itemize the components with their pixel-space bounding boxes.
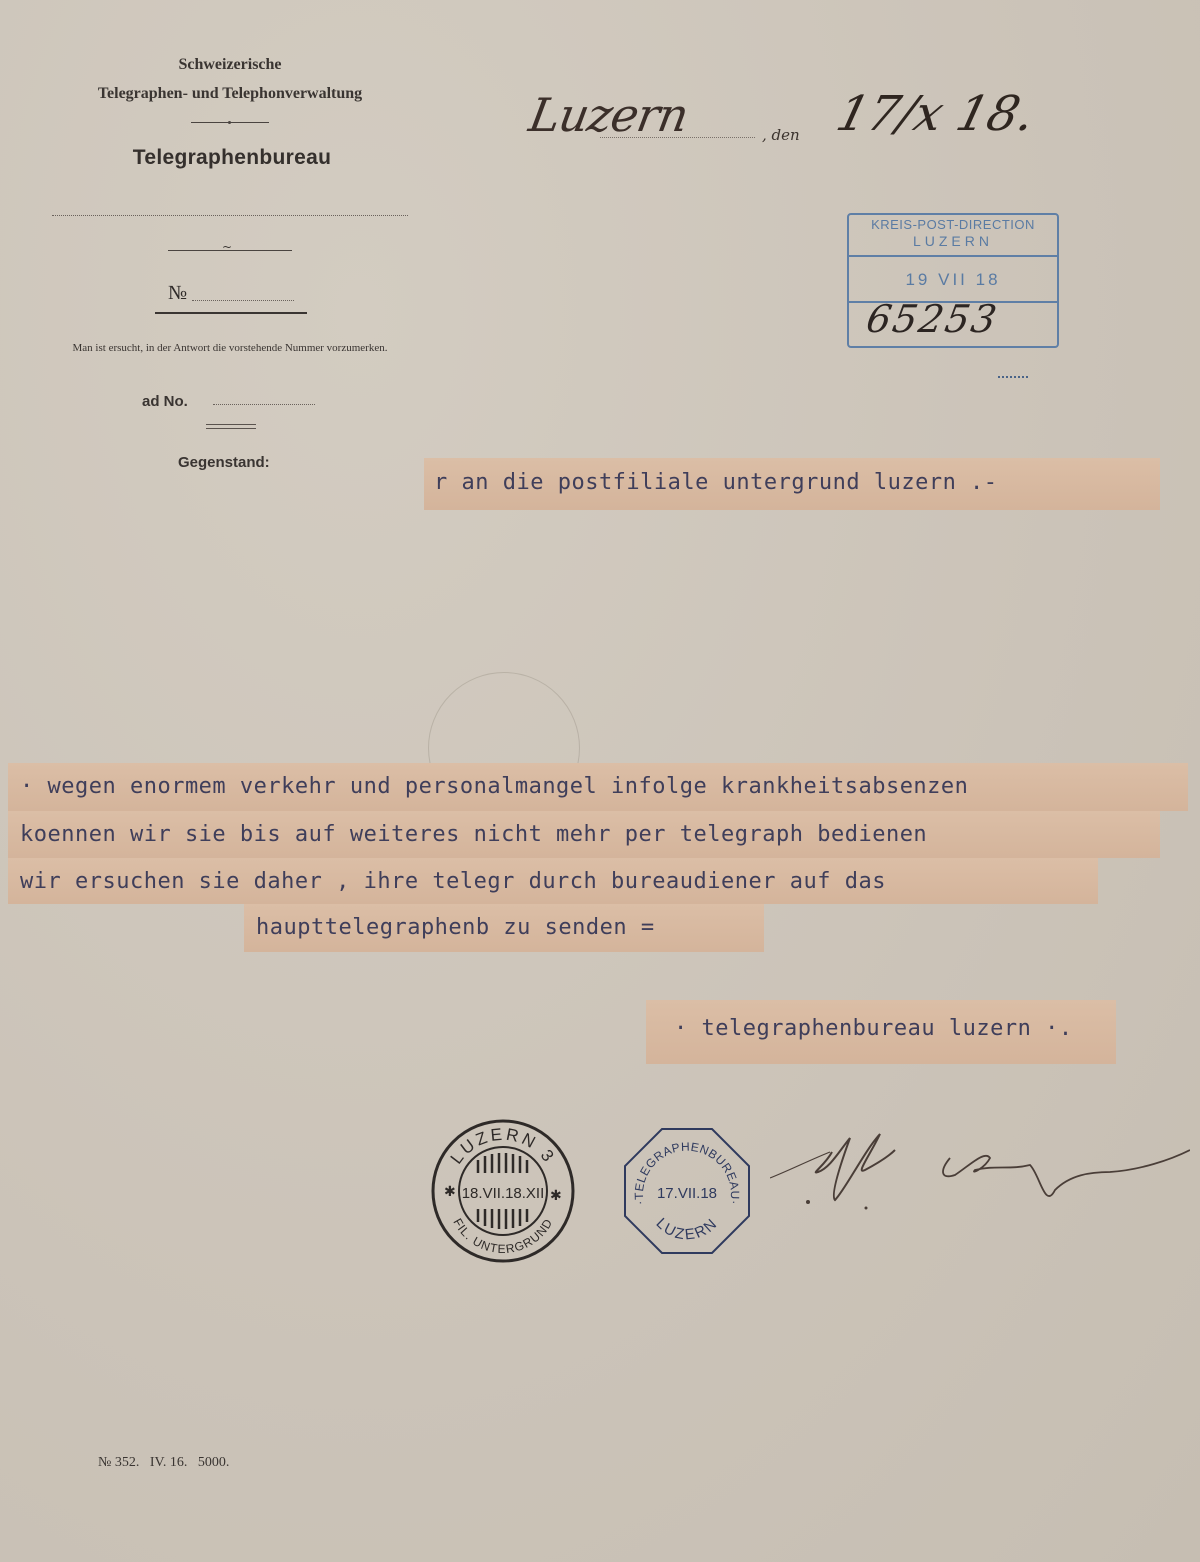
round-stamp-date: 18.VII.18.XII (462, 1185, 545, 1202)
telegram-line: · wegen enormem verkehr und personalmang… (20, 774, 968, 799)
stamp-line1: KREIS-POST-DIRECTION (849, 217, 1057, 232)
form-number: № 352. IV. 16. 5000. (98, 1455, 229, 1471)
subject-label: Gegenstand: (178, 454, 270, 471)
rule-divider (155, 312, 307, 314)
stamp-line2: LUZERN (849, 233, 1057, 249)
handwritten-place: Luzern (525, 88, 692, 142)
number-field (192, 300, 294, 301)
reply-notice: Man ist ersucht, in der Antwort die vors… (40, 340, 420, 356)
telegram-body-strip: wir ersuchen sie daher , ihre telegr dur… (8, 858, 1098, 904)
registration-number: 65253 (863, 297, 1002, 341)
octagon-telegraph-stamp: ·TELEGRAPHENBUREAU· LUZERN 17.VII.18 (622, 1126, 752, 1256)
stamp-divider (849, 255, 1057, 257)
handwritten-date: 17/x 18. (831, 86, 1041, 142)
ad-no-field (213, 404, 315, 405)
double-rule (206, 424, 256, 429)
round-postmark-stamp: LUZERN 3 FIL. UNTERGRUND 18.VII.18.XII ✱… (430, 1118, 576, 1264)
letterhead-line2: Telegraphen- und Telephonverwaltung (0, 85, 460, 103)
svg-text:✱: ✱ (444, 1184, 456, 1200)
telegram-line: haupttelegraphenb zu senden = (256, 915, 655, 940)
svg-text:LUZERN: LUZERN (653, 1215, 722, 1244)
telegram-address-strip: r an die postfiliale untergrund luzern .… (424, 458, 1160, 510)
office-title: Telegraphenbureau (0, 146, 464, 170)
telegram-body-strip: · wegen enormem verkehr und personalmang… (8, 763, 1188, 811)
dotted-line (52, 215, 408, 216)
dotted-line (600, 137, 755, 138)
telegram-sender: · telegraphenbureau luzern ·. (674, 1016, 1073, 1041)
letterhead-line1: Schweizerische (0, 56, 460, 74)
svg-text:✱: ✱ (550, 1188, 562, 1204)
telegram-address: r an die postfiliale untergrund luzern .… (434, 470, 998, 495)
telegram-line: koennen wir sie bis auf weiteres nicht m… (20, 822, 927, 847)
number-label: № (168, 282, 187, 305)
ornament-divider (168, 250, 292, 251)
telegram-body-strip: koennen wir sie bis auf weiteres nicht m… (8, 811, 1160, 858)
telegram-body-strip: haupttelegraphenb zu senden = (244, 904, 764, 952)
den-label: , den (762, 126, 800, 144)
stamp-date: 19 VII 18 (849, 270, 1057, 290)
octagon-stamp-date: 17.VII.18 (657, 1185, 717, 1202)
telegram-sender-strip: · telegraphenbureau luzern ·. (646, 1000, 1116, 1064)
received-stamp: KREIS-POST-DIRECTION LUZERN 19 VII 18 65… (847, 213, 1059, 348)
ornament-divider (191, 122, 269, 123)
telegram-line: wir ersuchen sie daher , ihre telegr dur… (20, 869, 886, 894)
signature (770, 1120, 1190, 1220)
ad-no-label: ad No. (142, 393, 188, 410)
ink-mark (998, 376, 1028, 380)
